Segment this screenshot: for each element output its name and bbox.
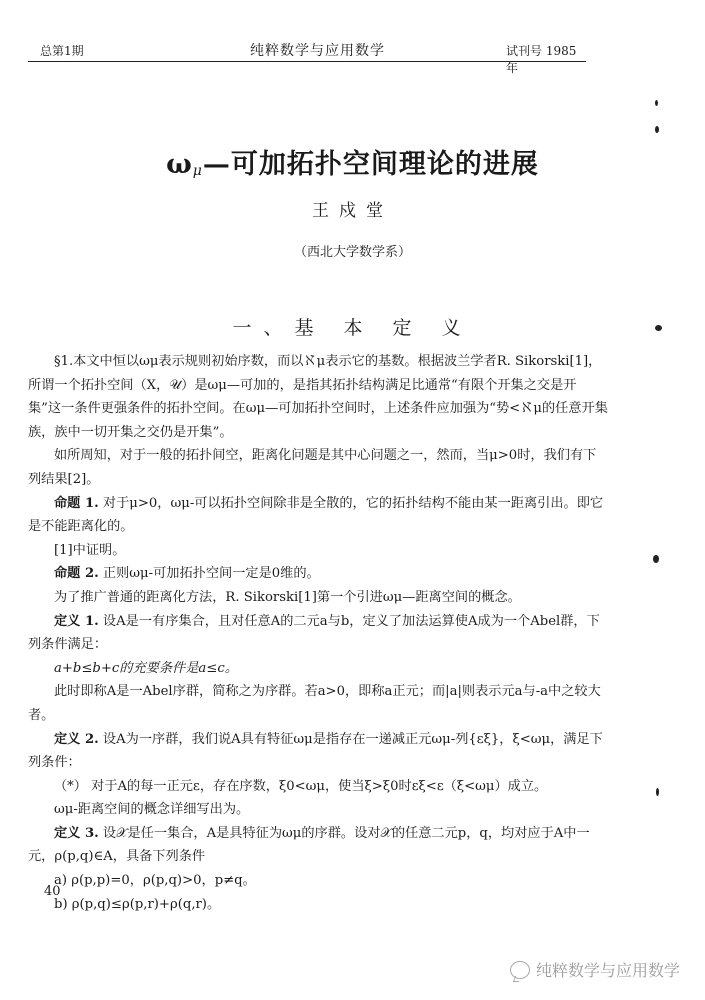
- author-affiliation: （西北大学数学系）: [0, 241, 705, 260]
- proposition-1: 命题 1. 对于μ>0，ωμ-可以拓扑空间除非是全散的，它的拓扑结构不能由某一距…: [28, 492, 608, 539]
- definition-label: 定义 1.: [54, 614, 99, 629]
- proof-note: [1]中证明。: [28, 539, 608, 563]
- section-heading: 一、基 本 定 义: [0, 313, 705, 340]
- definition-text: 设A为一序群，我们说A具有特征ωμ是指存在一递减正元ωμ-列{εξ}，ξ<ωμ，…: [28, 732, 603, 771]
- proposition-label: 命题 2.: [54, 566, 99, 581]
- definition-1: 定义 1. 设A是一有序集合，且对任意A的二元a与b，定义了加法运算使A成为一个…: [28, 610, 608, 657]
- title-text: —可加拓扑空间理论的进展: [203, 149, 539, 180]
- definition-label: 定义 3.: [54, 826, 99, 841]
- scan-speck: [655, 126, 659, 133]
- definition-2: 定义 2. 设A为一序群，我们说A具有特征ωμ是指存在一递减正元ωμ-列{εξ}…: [28, 728, 608, 775]
- running-header: 总第1期 纯粹数学与应用数学 试刊号 1985年: [26, 38, 584, 58]
- title-symbol: ω: [166, 149, 193, 180]
- paragraph: ωμ-距离空间的概念详细写出为。: [28, 798, 608, 822]
- proposition-text: 正则ωμ-可加拓扑空间一定是0维的。: [99, 566, 320, 581]
- journal-name: 纯粹数学与应用数学: [250, 40, 385, 60]
- title-subscript: μ: [193, 163, 203, 179]
- definition-condition: （*） 对于A的每一正元ε，存在序数，ξ0<ωμ，使当ξ>ξ0时εξ<ε（ξ<ω…: [28, 775, 608, 799]
- watermark: 纯粹数学与应用数学: [510, 958, 680, 981]
- paper-title: ωμ—可加拓扑空间理论的进展: [0, 142, 705, 181]
- page-number: 40: [44, 884, 61, 899]
- paragraph: §1.本文中恒以ωμ表示规则初始序数，而以ℵμ表示它的基数。根据波兰学者R. S…: [28, 350, 608, 444]
- issue-number: 总第1期: [40, 42, 84, 59]
- definition-text: 设A是一有序集合，且对任意A的二元a与b，定义了加法运算使A成为一个Abel群，…: [28, 614, 600, 653]
- proposition-2: 命题 2. 正则ωμ-可加拓扑空间一定是0维的。: [28, 562, 608, 586]
- paragraph: 如所周知，对于一般的拓扑间空，距离化问题是其中心问题之一，然而，当μ>0时，我们…: [28, 444, 608, 491]
- issue-year: 试刊号 1985年: [506, 42, 584, 76]
- definition-label: 定义 2.: [54, 732, 99, 747]
- scan-speck: [653, 555, 659, 563]
- wechat-icon: [510, 961, 530, 979]
- paragraph: 此时即称A是一Abel序群，简称之为序群。若a>0，即称a正元；而|a|则表示元…: [28, 680, 608, 727]
- definition-condition: a+b≤b+c的充要条件是a≤c。: [28, 657, 608, 681]
- scan-speck: [656, 788, 659, 796]
- definition-text: 设𝒳是任一集合，A是具特征为ωμ的序群。设对𝒳的任意二元p，q，均对应于A中一元…: [28, 826, 590, 865]
- watermark-text: 纯粹数学与应用数学: [536, 958, 680, 981]
- condition-b: b) ρ(p,q)≤ρ(p,r)+ρ(q,r)。: [28, 893, 608, 917]
- header-rule: [28, 61, 586, 62]
- proposition-label: 命题 1.: [54, 496, 99, 511]
- paragraph: 为了推广普通的距离化方法，R. Sikorski[1]第一个引进ωμ—距离空间的…: [28, 586, 608, 610]
- definition-3: 定义 3. 设𝒳是任一集合，A是具特征为ωμ的序群。设对𝒳的任意二元p，q，均对…: [28, 822, 608, 869]
- scan-speck: [655, 325, 662, 331]
- condition-a: a) ρ(p,p)=0，ρ(p,q)>0，p≠q。: [28, 869, 608, 893]
- author-name: 王戍堂: [0, 196, 705, 221]
- proposition-text: 对于μ>0，ωμ-可以拓扑空间除非是全散的，它的拓扑结构不能由某一距离引出。即它…: [28, 496, 603, 535]
- body-text: §1.本文中恒以ωμ表示规则初始序数，而以ℵμ表示它的基数。根据波兰学者R. S…: [28, 350, 608, 916]
- scan-speck: [655, 100, 658, 106]
